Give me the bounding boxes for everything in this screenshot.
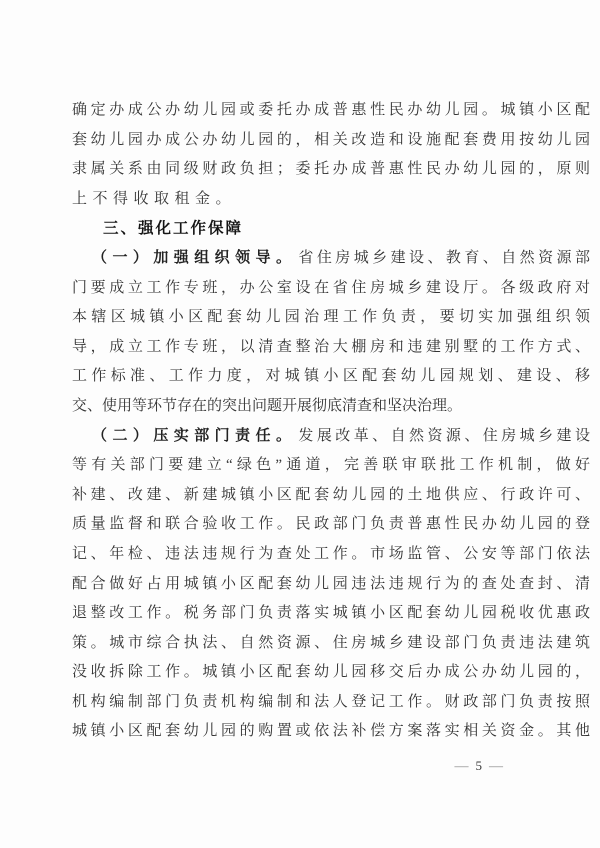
text-line: 城镇小区配套幼儿园的购置或依法补偿方案落实相关资金。其他	[72, 717, 590, 747]
line-text: 隶属关系由同级财政负担；委托办成普惠性民办幼儿园的，原则	[72, 161, 590, 177]
line-text: 确定办成公办幼儿园或委托办成普惠性民办幼儿园。城镇小区配	[72, 102, 590, 118]
text-line: 记、年检、违法违规行为查处工作。市场监管、公安等部门依法	[72, 540, 590, 570]
page-number: 5	[476, 758, 483, 773]
line-text: 工作标准、工作力度，对城镇小区配套幼儿园规划、建设、移	[72, 368, 590, 384]
line-text: 退整改工作。税务部门负责落实城镇小区配套幼儿园税收优惠政	[72, 605, 590, 621]
footer-dash-right: —	[489, 759, 503, 774]
section-heading: 三、强化工作保障	[72, 214, 590, 244]
line-text: 门要成立工作专班，办公室设在省住房城乡建设厅。各级政府对	[72, 280, 590, 296]
line-text: 策。城市综合执法、自然资源、住房城乡建设部门负责违法建筑	[72, 635, 590, 651]
line-text: 记、年检、违法违规行为查处工作。市场监管、公安等部门依法	[72, 546, 590, 562]
text-line: 退整改工作。税务部门负责落实城镇小区配套幼儿园税收优惠政	[72, 599, 590, 629]
text-line: 交、使用等环节存在的突出问题开展彻底清查和坚决治理。	[72, 392, 590, 422]
line-text: 交、使用等环节存在的突出问题开展彻底清查和坚决治理。	[72, 398, 462, 414]
line-text: 发展改革、自然资源、住房城乡建设	[298, 428, 590, 444]
line-text: 没收拆除工作。城镇小区配套幼儿园移交后办成公办幼儿园的，	[72, 664, 590, 680]
line-text: 机构编制部门负责机构编制和法人登记工作。财政部门负责按照	[72, 694, 590, 710]
line-text: 套幼儿园办成公办幼儿园的，相关改造和设施配套费用按幼儿园	[72, 132, 590, 148]
text-line: 套幼儿园办成公办幼儿园的，相关改造和设施配套费用按幼儿园	[72, 126, 590, 156]
text-line: 上不得收取租金。	[72, 185, 590, 215]
text-line: 机构编制部门负责机构编制和法人登记工作。财政部门负责按照	[72, 688, 590, 718]
text-line: 导，成立工作专班，以清查整治大棚房和违建别墅的工作方式、	[72, 333, 590, 363]
text-line: 策。城市综合执法、自然资源、住房城乡建设部门负责违法建筑	[72, 629, 590, 659]
text-line: 工作标准、工作力度，对城镇小区配套幼儿园规划、建设、移	[72, 362, 590, 392]
text-line: （二）压实部门责任。发展改革、自然资源、住房城乡建设	[72, 422, 590, 452]
line-text: 省住房城乡建设、教育、自然资源部	[298, 250, 590, 266]
text-line: 确定办成公办幼儿园或委托办成普惠性民办幼儿园。城镇小区配	[72, 96, 590, 126]
subheading-lead: （一）加强组织领导。	[92, 250, 296, 266]
line-text: 配合做好占用城镇小区配套幼儿园违法违规行为的查处查封、清	[72, 576, 590, 592]
text-line: （一）加强组织领导。省住房城乡建设、教育、自然资源部	[72, 244, 590, 274]
text-line: 本辖区城镇小区配套幼儿园治理工作负责，要切实加强组织领	[72, 303, 590, 333]
document-page: 确定办成公办幼儿园或委托办成普惠性民办幼儿园。城镇小区配套幼儿园办成公办幼儿园的…	[0, 0, 600, 848]
text-line: 隶属关系由同级财政负担；委托办成普惠性民办幼儿园的，原则	[72, 155, 590, 185]
page-footer: —5—	[455, 753, 504, 779]
text-line: 补建、改建、新建城镇小区配套幼儿园的土地供应、行政许可、	[72, 481, 590, 511]
document-body: 确定办成公办幼儿园或委托办成普惠性民办幼儿园。城镇小区配套幼儿园办成公办幼儿园的…	[72, 96, 590, 747]
line-text: 补建、改建、新建城镇小区配套幼儿园的土地供应、行政许可、	[72, 487, 590, 503]
text-line: 配合做好占用城镇小区配套幼儿园违法违规行为的查处查封、清	[72, 570, 590, 600]
footer-dash-left: —	[455, 759, 469, 774]
line-text: 质量监督和联合验收工作。民政部门负责普惠性民办幼儿园的登	[72, 516, 590, 532]
text-line: 质量监督和联合验收工作。民政部门负责普惠性民办幼儿园的登	[72, 510, 590, 540]
text-line: 门要成立工作专班，办公室设在省住房城乡建设厅。各级政府对	[72, 274, 590, 304]
line-text: 等有关部门要建立“绿色”通道，完善联审联批工作机制，做好	[72, 457, 590, 473]
text-line: 等有关部门要建立“绿色”通道，完善联审联批工作机制，做好	[72, 451, 590, 481]
line-text: 上不得收取租金。	[72, 191, 236, 207]
line-text: 城镇小区配套幼儿园的购置或依法补偿方案落实相关资金。其他	[72, 723, 590, 739]
line-text: 本辖区城镇小区配套幼儿园治理工作负责，要切实加强组织领	[72, 309, 590, 325]
subheading-lead: （二）压实部门责任。	[92, 428, 296, 444]
text-line: 没收拆除工作。城镇小区配套幼儿园移交后办成公办幼儿园的，	[72, 658, 590, 688]
line-text: 导，成立工作专班，以清查整治大棚房和违建别墅的工作方式、	[72, 339, 590, 355]
